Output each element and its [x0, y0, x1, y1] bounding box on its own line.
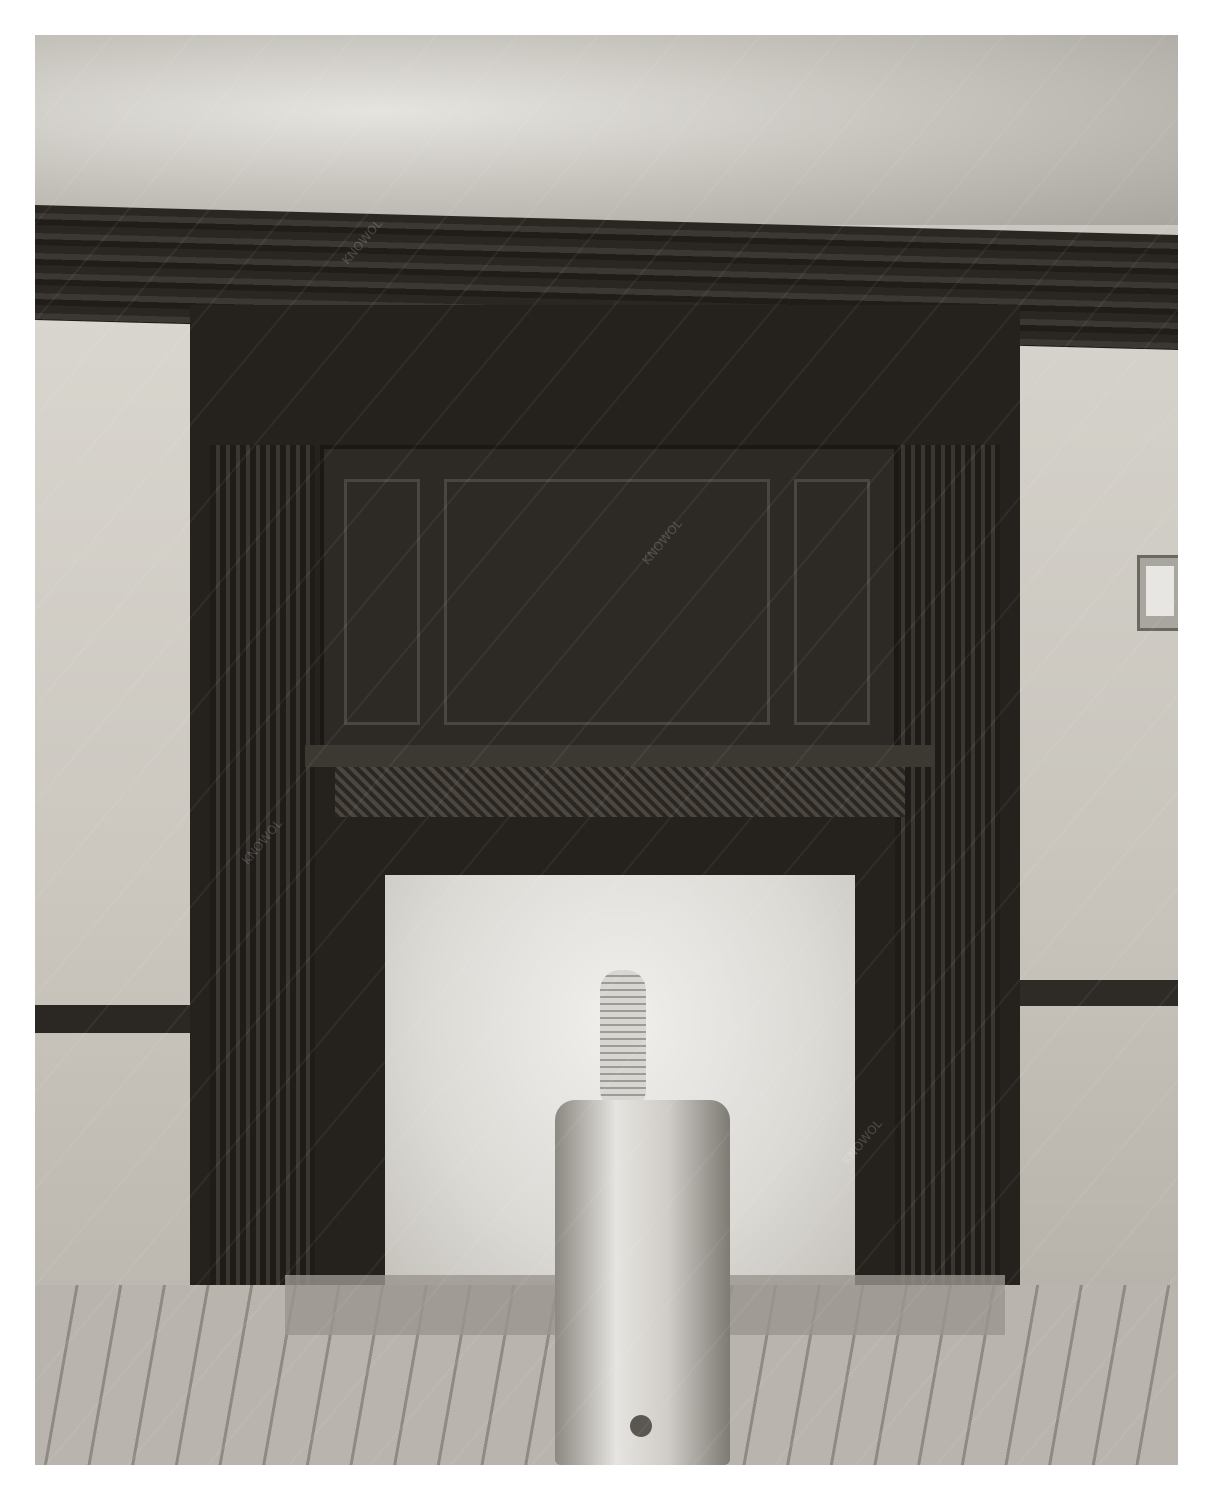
left-wall — [35, 305, 190, 1285]
stovepipe — [600, 970, 646, 1110]
carved-frieze — [335, 767, 905, 817]
right-pilaster — [895, 445, 1000, 1305]
chair-rail-right — [1020, 980, 1178, 1006]
panel-right — [794, 479, 870, 725]
ceiling — [35, 35, 1178, 225]
panel-center — [444, 479, 770, 725]
mantel-shelf — [305, 745, 935, 767]
stove-knob — [630, 1415, 652, 1437]
overmantel-panel — [320, 445, 898, 753]
picture-image — [1146, 566, 1174, 616]
chair-rail-left — [35, 1005, 190, 1033]
left-pilaster — [210, 445, 315, 1305]
right-wall — [1020, 335, 1178, 1285]
panel-left — [344, 479, 420, 725]
photograph: KNOWOL KNOWOL KNOWOL KNOWOL — [35, 35, 1178, 1465]
metal-stove — [555, 1100, 730, 1465]
framed-picture — [1137, 555, 1178, 631]
